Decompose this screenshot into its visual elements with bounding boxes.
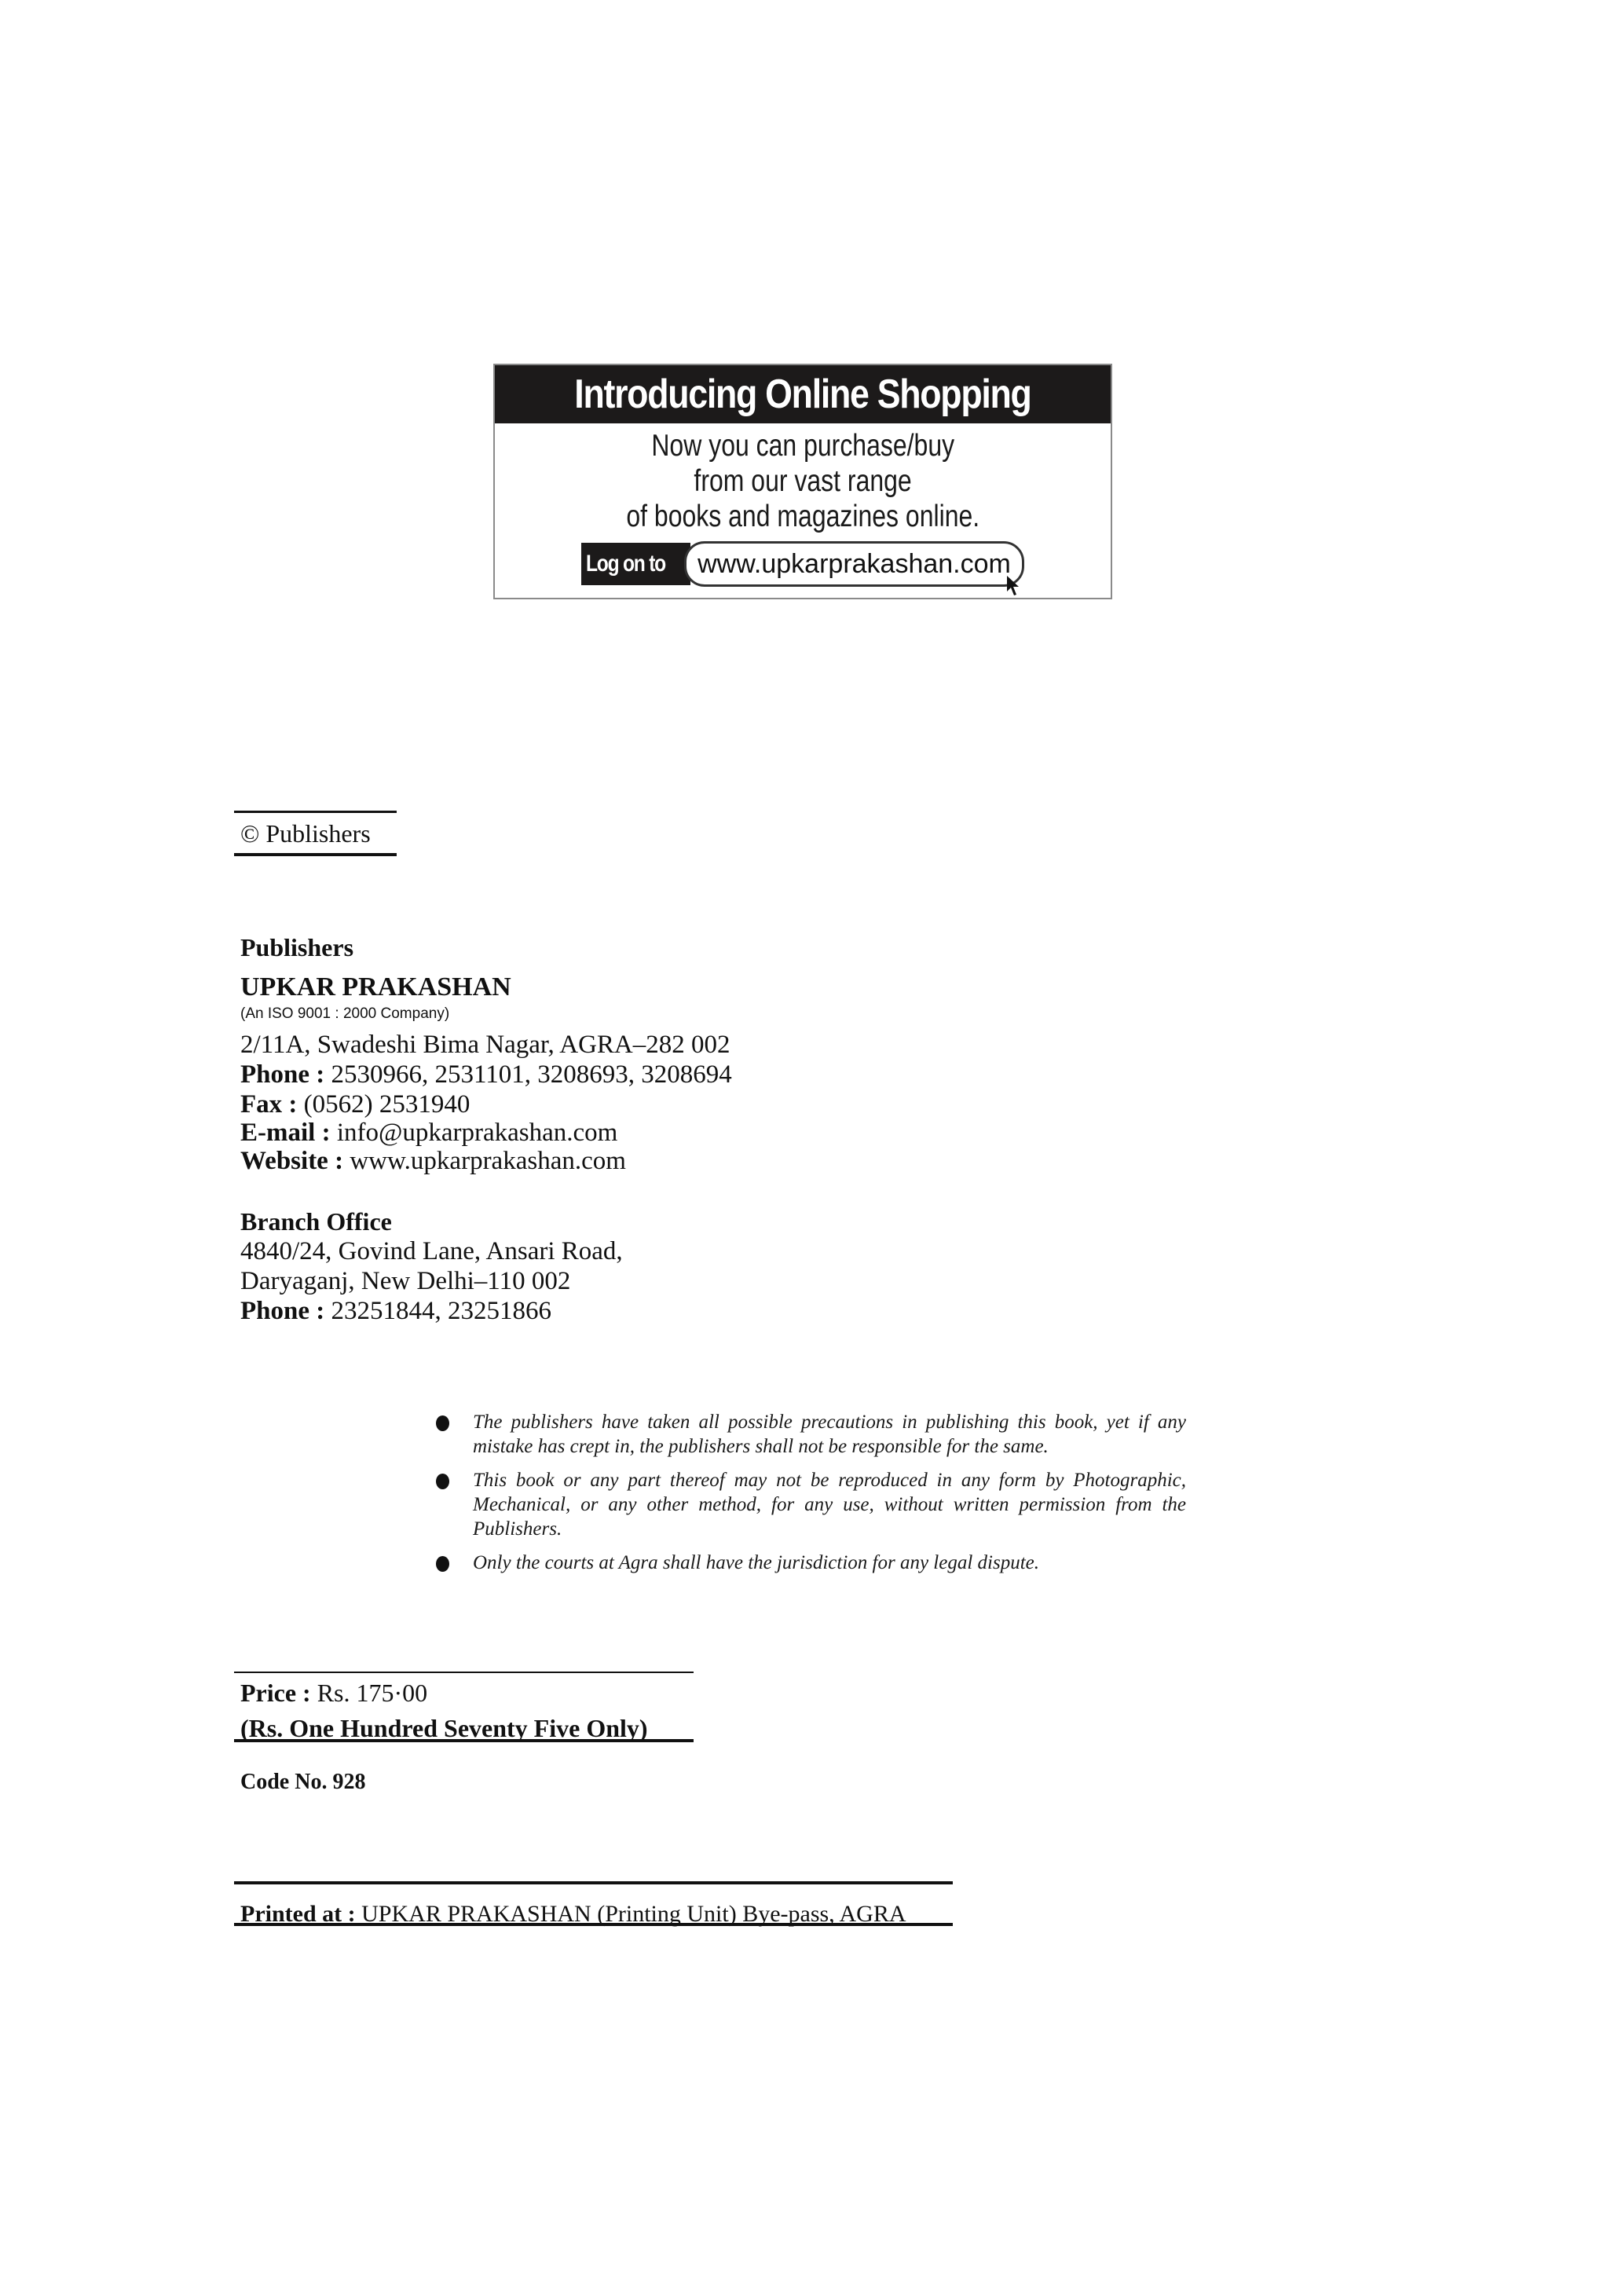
bullet-icon <box>436 1415 449 1431</box>
divider <box>234 1881 953 1884</box>
email-label: E-mail : <box>240 1119 331 1147</box>
publisher-phone: Phone : 2530966, 2531101, 3208693, 32086… <box>240 1060 732 1089</box>
branch-heading: Branch Office <box>240 1207 392 1236</box>
website-link[interactable]: www.upkarprakashan.com <box>684 541 1024 587</box>
publisher-name: UPKAR PRAKASHAN <box>240 972 511 1002</box>
fax-value: (0562) 2531940 <box>304 1090 470 1119</box>
phone-value: 23251844, 23251866 <box>331 1297 552 1325</box>
copyright-notice: © Publishers <box>240 819 371 848</box>
online-shopping-banner: Introducing Online Shopping Now you can … <box>493 364 1112 599</box>
price-label: Price : <box>240 1679 311 1707</box>
divider <box>234 853 397 856</box>
iso-certification: (An ISO 9001 : 2000 Company) <box>240 1005 449 1023</box>
logon-label: Log on to <box>581 543 690 585</box>
banner-line: of books and magazines online. <box>495 499 1111 534</box>
bullet-icon <box>436 1556 449 1572</box>
disclaimer-item: The publishers have taken all possible p… <box>432 1410 1186 1459</box>
phone-label: Phone : <box>240 1297 324 1325</box>
divider <box>234 1672 694 1673</box>
divider <box>234 1739 694 1742</box>
price-value: Rs. 175·00 <box>317 1679 427 1707</box>
publisher-website: Website : www.upkarprakashan.com <box>240 1147 626 1176</box>
fax-label: Fax : <box>240 1090 297 1119</box>
code-number: Code No. 928 <box>240 1770 365 1795</box>
divider <box>234 1923 953 1926</box>
disclaimer-item: Only the courts at Agra shall have the j… <box>432 1551 1186 1575</box>
website-url[interactable]: www.upkarprakashan.com <box>350 1147 626 1175</box>
logon-group: Log on to www.upkarprakashan.com <box>581 543 1024 585</box>
bullet-icon <box>436 1474 449 1489</box>
publisher-email: E-mail : info@upkarprakashan.com <box>240 1119 617 1148</box>
price: Price : Rs. 175·00 <box>240 1679 427 1708</box>
phone-value: 2530966, 2531101, 3208693, 3208694 <box>331 1060 732 1089</box>
banner-body: Now you can purchase/buy from our vast r… <box>495 428 1111 534</box>
publisher-heading: Publishers <box>240 933 353 962</box>
branch-address-line2: Daryaganj, New Delhi–110 002 <box>240 1267 570 1296</box>
banner-line: from our vast range <box>495 463 1111 499</box>
branch-phone: Phone : 23251844, 23251866 <box>240 1297 551 1326</box>
website-label: Website : <box>240 1147 343 1175</box>
banner-title: Introducing Online Shopping <box>495 365 1111 423</box>
branch-address-line1: 4840/24, Govind Lane, Ansari Road, <box>240 1237 623 1266</box>
phone-label: Phone : <box>240 1060 324 1089</box>
publisher-fax: Fax : (0562) 2531940 <box>240 1090 470 1119</box>
divider <box>234 811 397 813</box>
disclaimer-list: The publishers have taken all possible p… <box>432 1410 1186 1584</box>
publisher-address: 2/11A, Swadeshi Bima Nagar, AGRA–282 002 <box>240 1031 730 1060</box>
disclaimer-item: This book or any part thereof may not be… <box>432 1468 1186 1541</box>
email-link[interactable]: info@upkarprakashan.com <box>337 1119 618 1147</box>
banner-line: Now you can purchase/buy <box>495 428 1111 463</box>
mouse-pointer-icon <box>1005 574 1023 598</box>
